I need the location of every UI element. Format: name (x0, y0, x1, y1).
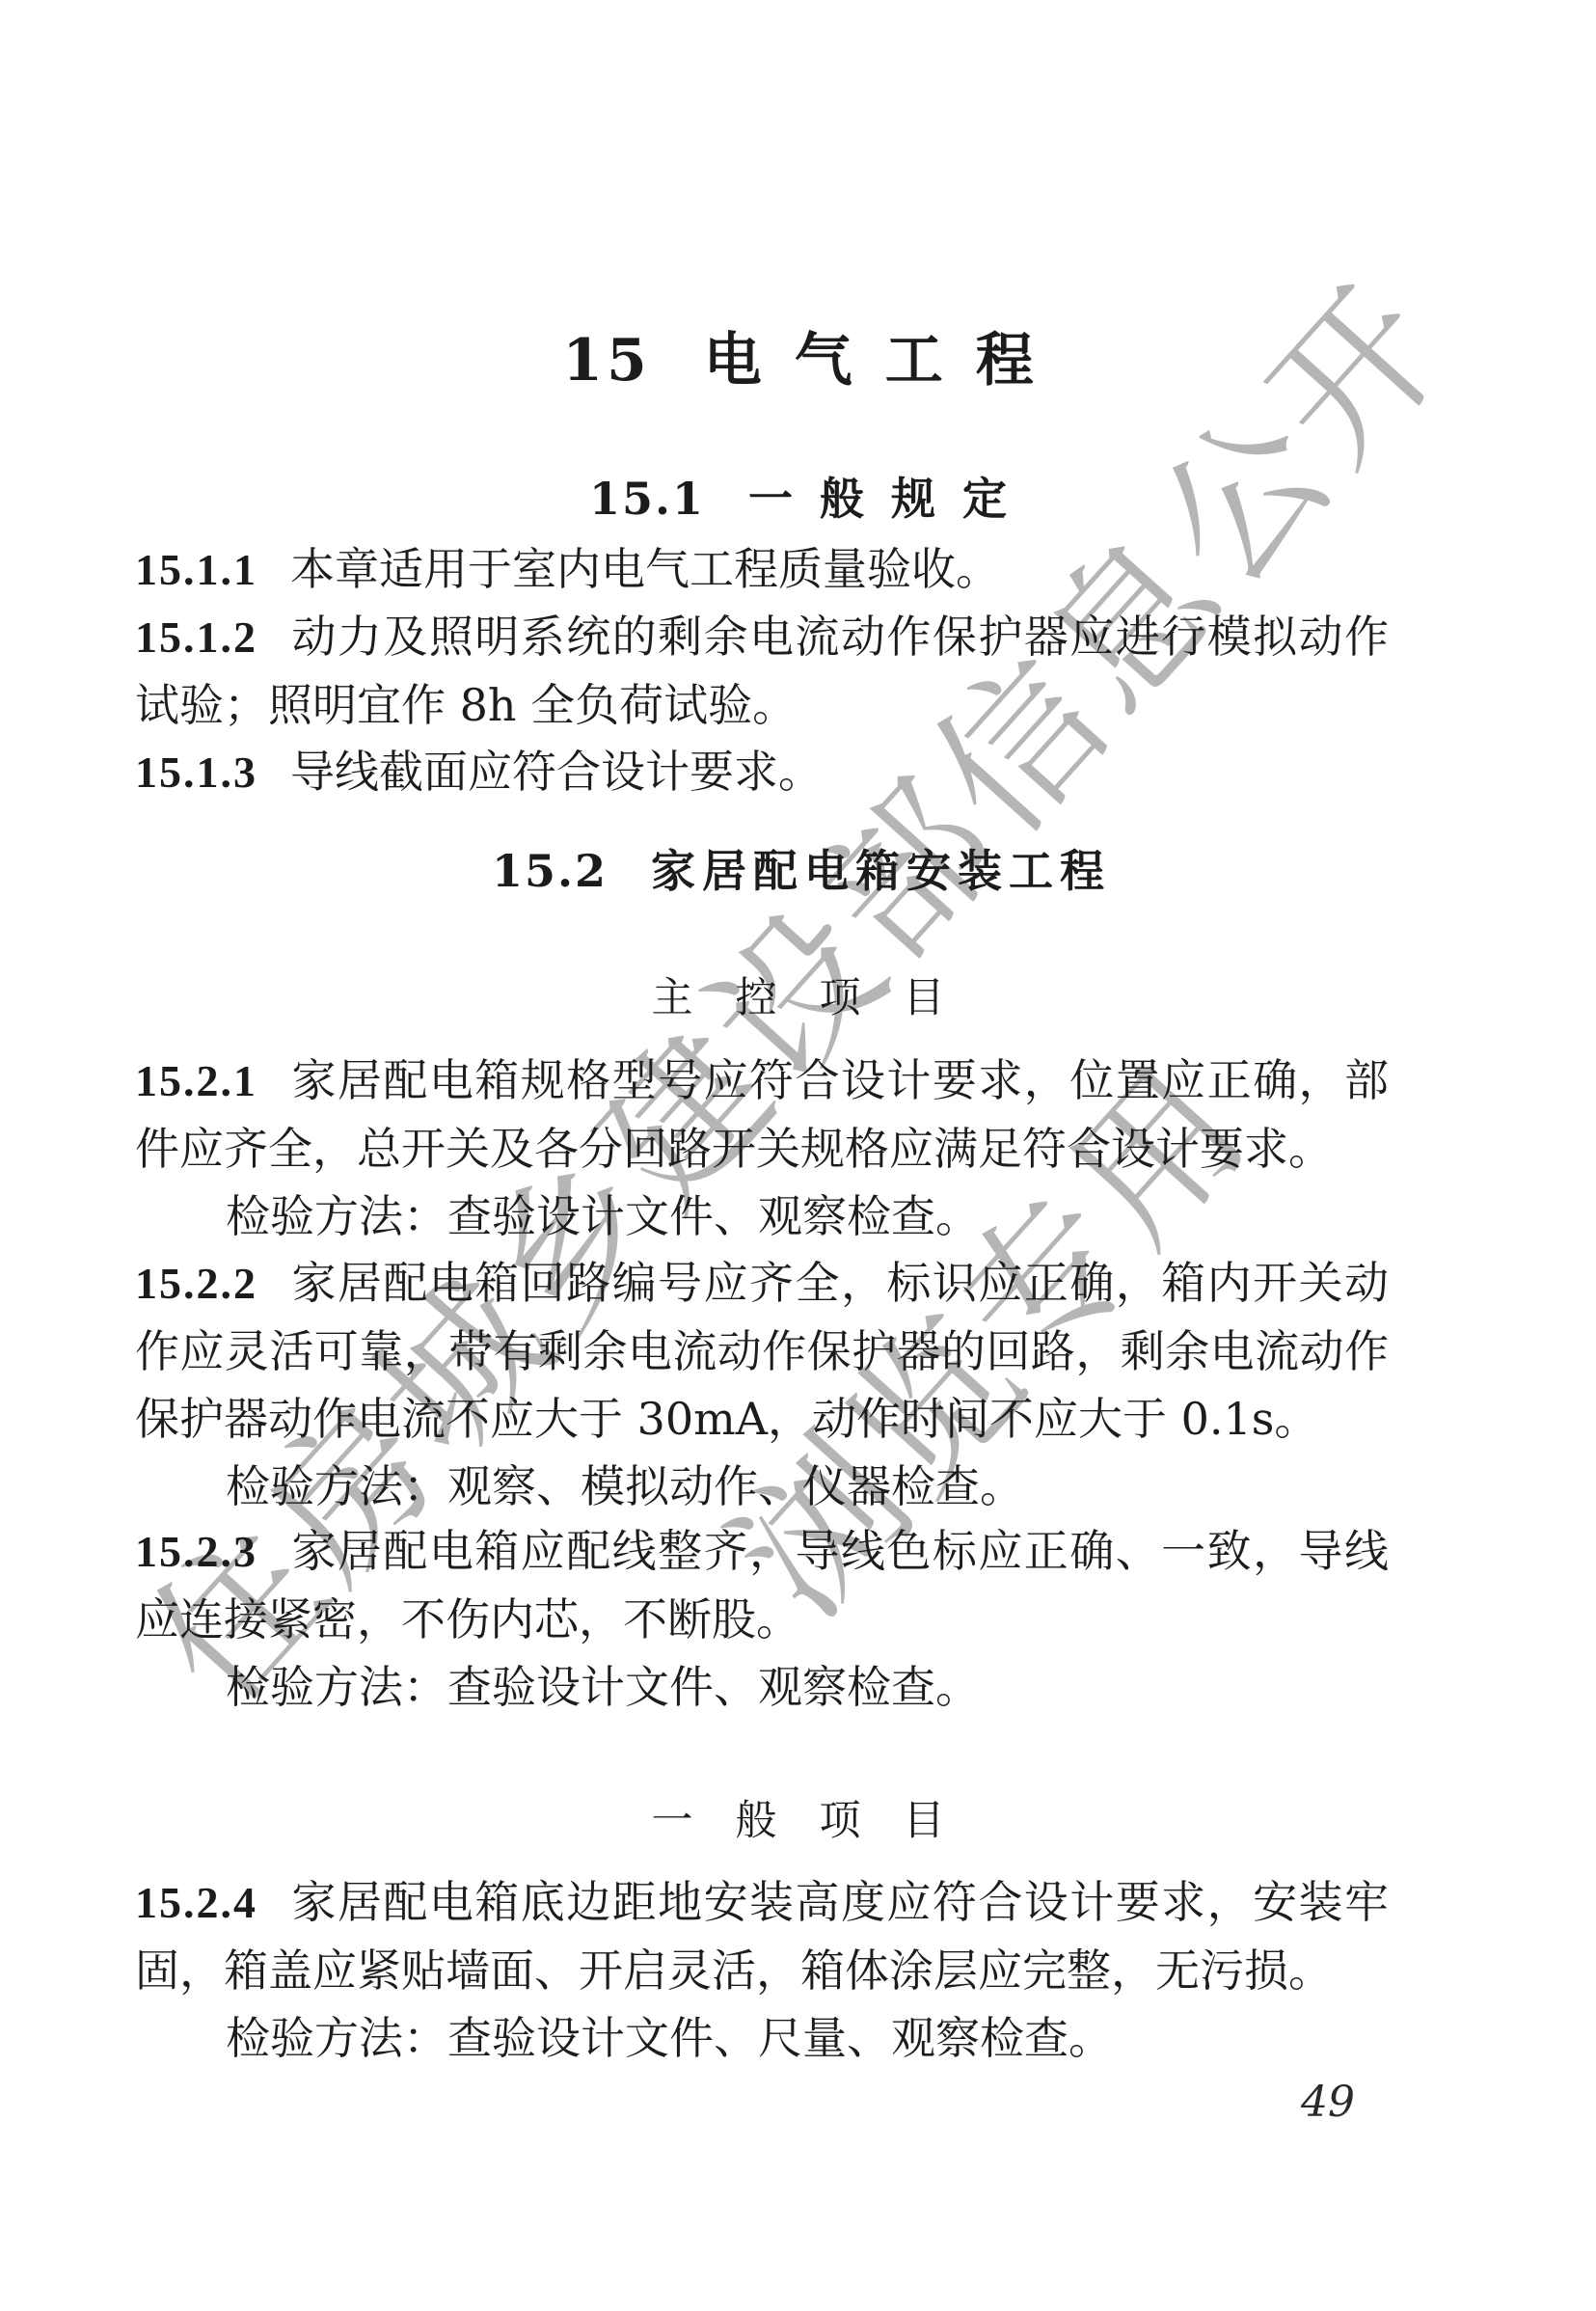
clause-15-2-4-number: 15.2.4 (135, 1878, 257, 1927)
subheading-general-items-text: 一般项目 (652, 1797, 987, 1845)
clause-15-2-2-text-line3: 保护器动作电流不应大于 30mA，动作时间不应大于 0.1s。 (135, 1393, 1318, 1445)
clause-15-2-1-text-line2: 件应齐全，总开关及各分回路开关规格应满足符合设计要求。 (135, 1123, 1333, 1175)
clause-15-1-2: 15.1.2动力及照明系统的剩余电流动作保护器应进行模拟动作 试验；照明宜作 8… (135, 603, 1389, 739)
inspection-method-line: 检验方法：查验设计文件、观察检查。 (135, 1183, 1389, 1250)
clause-15-2-4-method: 检验方法：查验设计文件、尺量、观察检查。 (226, 2012, 1113, 2064)
clause-15-2-2-text-line2: 作应灵活可靠，带有剩余电流动作保护器的回路，剩余电流动作 (135, 1325, 1389, 1377)
inspection-method-line: 检验方法：观察、模拟动作、仪器检查。 (135, 1453, 1389, 1520)
clause-line: 15.2.2家居配电箱回路编号应齐全，标识应正确，箱内开关动 (135, 1249, 1389, 1318)
section-15-1-title: 一般规定 (748, 473, 1034, 525)
clause-15-2-2: 15.2.2家居配电箱回路编号应齐全，标识应正确，箱内开关动 作应灵活可靠，带有… (135, 1249, 1389, 1520)
clause-15-1-2-text-line1: 动力及照明系统的剩余电流动作保护器应进行模拟动作 (290, 611, 1389, 663)
clause-15-1-2-number: 15.1.2 (135, 612, 257, 662)
clause-line: 件应齐全，总开关及各分回路开关规格应满足符合设计要求。 (135, 1115, 1389, 1183)
clause-15-2-3-number: 15.2.3 (135, 1527, 257, 1576)
clause-15-2-1-number: 15.2.1 (135, 1056, 257, 1105)
clause-15-2-2-text-line1: 家居配电箱回路编号应齐全，标识应正确，箱内开关动 (290, 1257, 1389, 1309)
clause-15-1-2-text-line2: 试验；照明宜作 8h 全负荷试验。 (135, 679, 797, 731)
clause-15-1-1-text: 本章适用于室内电气工程质量验收。 (290, 543, 1000, 595)
subheading-master-items: 主控项目 (0, 965, 1596, 1032)
clause-line: 15.1.2动力及照明系统的剩余电流动作保护器应进行模拟动作 (135, 603, 1389, 671)
clause-15-2-1: 15.2.1家居配电箱规格型号应符合设计要求，位置应正确，部 件应齐全，总开关及… (135, 1047, 1389, 1250)
clause-15-1-1-number: 15.1.1 (135, 545, 257, 594)
clause-15-1-3-number: 15.1.3 (135, 748, 257, 797)
document-page: 住房城乡建设部信息公开 浏览专用 15电气工程 15.1一般规定 15.1.1本… (0, 0, 1596, 2311)
chapter-title-text: 电气工程 (704, 327, 1067, 394)
clause-15-2-3: 15.2.3家居配电箱应配线整齐，导线色标应正确、一致，导线 应连接紧密，不伤内… (135, 1517, 1389, 1721)
clause-line: 试验；照明宜作 8h 全负荷试验。 (135, 671, 1389, 739)
subheading-general-items: 一般项目 (0, 1787, 1596, 1855)
inspection-method-line: 检验方法：查验设计文件、观察检查。 (135, 1653, 1389, 1721)
clause-15-2-2-number: 15.2.2 (135, 1259, 257, 1308)
section-15-2-number: 15.2 (492, 845, 608, 897)
clause-line: 15.2.4家居配电箱底边距地安装高度应符合设计要求，安装牢 (135, 1868, 1389, 1937)
clause-line: 15.1.1本章适用于室内电气工程质量验收。 (135, 535, 1389, 604)
section-15-2-title: 家居配电箱安装工程 (651, 845, 1111, 897)
clause-15-2-4-text-line1: 家居配电箱底边距地安装高度应符合设计要求，安装牢 (290, 1876, 1389, 1928)
clause-15-1-3-text: 导线截面应符合设计要求。 (290, 746, 823, 798)
subheading-master-items-text: 主控项目 (652, 974, 987, 1022)
inspection-method-line: 检验方法：查验设计文件、尺量、观察检查。 (135, 2004, 1389, 2072)
clause-line: 15.2.3家居配电箱应配线整齐，导线色标应正确、一致，导线 (135, 1517, 1389, 1586)
clause-line: 15.2.1家居配电箱规格型号应符合设计要求，位置应正确，部 (135, 1047, 1389, 1115)
chapter-number: 15 (562, 327, 651, 394)
chapter-title: 15电气工程 (0, 325, 1596, 397)
section-heading-15-2: 15.2家居配电箱安装工程 (0, 837, 1596, 905)
clause-line: 作应灵活可靠，带有剩余电流动作保护器的回路，剩余电流动作 (135, 1318, 1389, 1385)
clause-15-1-1: 15.1.1本章适用于室内电气工程质量验收。 (135, 535, 1389, 604)
clause-15-2-3-text-line2: 应连接紧密，不伤内芯，不断股。 (135, 1593, 800, 1645)
clause-15-2-4: 15.2.4家居配电箱底边距地安装高度应符合设计要求，安装牢 固，箱盖应紧贴墙面… (135, 1868, 1389, 2072)
clause-line: 应连接紧密，不伤内芯，不断股。 (135, 1586, 1389, 1653)
clause-line: 固，箱盖应紧贴墙面、开启灵活，箱体涂层应完整，无污损。 (135, 1937, 1389, 2004)
clause-line: 保护器动作电流不应大于 30mA，动作时间不应大于 0.1s。 (135, 1385, 1389, 1453)
clause-15-2-3-method: 检验方法：查验设计文件、观察检查。 (226, 1661, 980, 1713)
clause-15-2-3-text-line1: 家居配电箱应配线整齐，导线色标应正确、一致，导线 (290, 1525, 1389, 1577)
clause-15-1-3: 15.1.3导线截面应符合设计要求。 (135, 738, 1389, 806)
section-15-1-number: 15.1 (589, 473, 705, 525)
page-number: 49 (0, 2074, 1355, 2132)
clause-15-2-2-method: 检验方法：观察、模拟动作、仪器检查。 (226, 1460, 1024, 1512)
clause-line: 15.1.3导线截面应符合设计要求。 (135, 738, 1389, 806)
clause-15-2-1-text-line1: 家居配电箱规格型号应符合设计要求，位置应正确，部 (290, 1054, 1389, 1106)
clause-15-2-4-text-line2: 固，箱盖应紧贴墙面、开启灵活，箱体涂层应完整，无污损。 (135, 1944, 1333, 1997)
section-heading-15-1: 15.1一般规定 (0, 465, 1596, 532)
clause-15-2-1-method: 检验方法：查验设计文件、观察检查。 (226, 1190, 980, 1242)
